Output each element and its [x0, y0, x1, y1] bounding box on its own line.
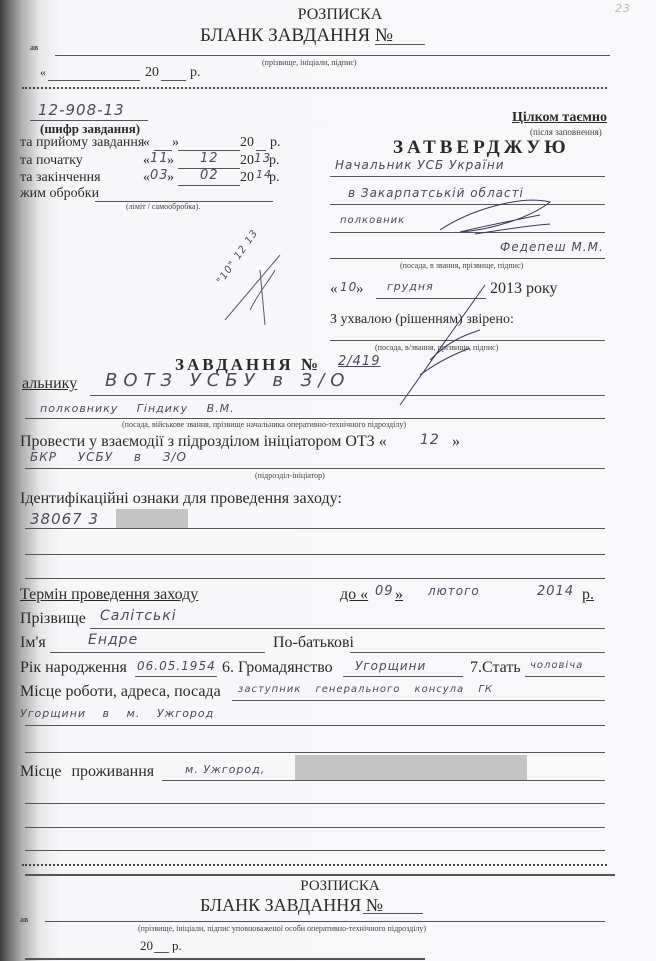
- work-value-2: Угорщини в м. Ужгород: [20, 707, 214, 720]
- top-receipt-name-line[interactable]: [55, 55, 610, 56]
- citizenship-value: Угорщини: [355, 659, 426, 673]
- bottom-receipt-received-prefix: ав: [20, 915, 28, 924]
- initiator-hint: (підрозділ-ініціатор): [255, 471, 325, 480]
- initiator-value: БКР УСБУ в З/О: [30, 450, 187, 464]
- received-date-open: «: [143, 135, 150, 151]
- patronymic-line: [350, 652, 605, 653]
- citizenship-label: 6. Громадянство: [222, 659, 333, 677]
- classification-label: Цілком таємно: [512, 110, 607, 126]
- top-receipt-received-prefix: ав: [30, 43, 38, 52]
- received-year-prefix: 20: [240, 135, 254, 151]
- start-month: 12: [200, 151, 219, 166]
- top-receipt-number-line: [375, 44, 425, 45]
- cut-line-bottom: [22, 864, 607, 866]
- term-month: лютого: [428, 584, 480, 598]
- resolution-signature-icon: [220, 240, 290, 330]
- top-receipt-title: РОЗПИСКА: [270, 6, 410, 24]
- top-receipt-year-line[interactable]: [161, 80, 186, 81]
- term-day: 09: [375, 584, 394, 599]
- birth-label: Рік народження: [20, 659, 127, 677]
- top-receipt-date-line[interactable]: [48, 80, 140, 81]
- redacted-phone: [116, 509, 188, 529]
- bottom-receipt-hint: (прізвище, ініціали, підпис уповноважено…: [138, 924, 426, 933]
- task-person-hint: (посада, військове звання, прізвище нача…: [122, 420, 406, 429]
- end-month: 02: [200, 168, 219, 183]
- work-label: Місце роботи, адреса, посада: [20, 683, 221, 701]
- task-number: 2/419: [338, 354, 380, 369]
- term-label: Термін проведення заходу: [20, 586, 198, 604]
- received-year-suffix: р.: [270, 135, 281, 151]
- classification-hint: (після заповнення): [530, 127, 602, 137]
- surname-value: Салітські: [100, 608, 177, 624]
- patronymic-label: По-батькові: [273, 634, 354, 652]
- conduct-label: Провести у взаємодії з підрозділом ініці…: [20, 433, 387, 451]
- top-receipt-date-quote: «: [40, 65, 46, 80]
- task-to-label: альнику: [22, 375, 77, 393]
- cut-line-top: [22, 87, 607, 89]
- redacted-address: [295, 755, 527, 780]
- end-day: 03: [150, 168, 169, 183]
- conduct-code: 12: [420, 432, 440, 448]
- surname-label: Прізвище: [20, 610, 86, 628]
- work-value-1: заступник генерального консула ГК: [238, 684, 493, 695]
- scanned-form-page: 23 РОЗПИСКА БЛАНК ЗАВДАННЯ № ав (прізвищ…: [0, 0, 656, 961]
- approve-line-1: Начальник УСБ України: [335, 158, 505, 172]
- top-receipt-year-suffix: р.: [190, 65, 201, 81]
- bottom-receipt-title: РОЗПИСКА: [270, 878, 410, 895]
- bottom-receipt-number-line[interactable]: [363, 913, 423, 914]
- agreed-signature-icon: [370, 280, 500, 410]
- task-person-value: полковнику Гіндику В.М.: [40, 402, 235, 415]
- sex-label: 7.Стать: [470, 659, 521, 677]
- approve-line-3: полковник: [340, 215, 405, 226]
- approve-hint: (посада, в звання, прізвище, підпис): [400, 261, 523, 270]
- approve-date-year: 2013 року: [490, 280, 558, 298]
- start-date-label: та початку: [20, 153, 83, 169]
- received-date-close: »: [172, 135, 179, 151]
- name-label: Ім'я: [20, 634, 46, 652]
- start-day: 11: [150, 151, 169, 166]
- page-corner-number: 23: [615, 2, 631, 15]
- term-year: 2014: [537, 584, 574, 599]
- bottom-receipt-subtitle: БЛАНК ЗАВДАННЯ №: [200, 895, 383, 916]
- approver-signature-icon: [430, 190, 580, 250]
- top-receipt-year-prefix: 20: [145, 65, 159, 81]
- top-receipt-name-hint: (прізвище, ініціали, підпис): [262, 58, 357, 67]
- ident-label: Ідентифікаційні ознаки для проведення за…: [20, 490, 342, 508]
- birth-value: 06.05.1954: [137, 659, 216, 673]
- cipher-value: 12-908-13: [38, 101, 125, 119]
- approve-date-day: 10: [340, 280, 357, 294]
- mode-label: жим обробки: [20, 186, 99, 202]
- ident-value: 38067 3: [30, 510, 99, 528]
- residence-label: Місце проживання: [20, 763, 154, 781]
- sex-value: чоловіча: [530, 660, 583, 671]
- received-date-label: та прийому завдання: [20, 135, 144, 151]
- bottom-receipt-name-line[interactable]: [45, 921, 605, 922]
- mode-hint: (ліміт / самообробка).: [126, 202, 200, 211]
- end-date-label: та закінчення: [20, 170, 101, 186]
- name-value: Ендре: [88, 632, 138, 648]
- residence-value: м. Ужгород,: [185, 763, 265, 776]
- top-receipt-subtitle: БЛАНК ЗАВДАННЯ №: [200, 25, 393, 47]
- task-to-value: ВОТЗ УСБУ в З/О: [105, 370, 350, 391]
- approve-title: ЗАТВЕРДЖУЮ: [393, 137, 570, 159]
